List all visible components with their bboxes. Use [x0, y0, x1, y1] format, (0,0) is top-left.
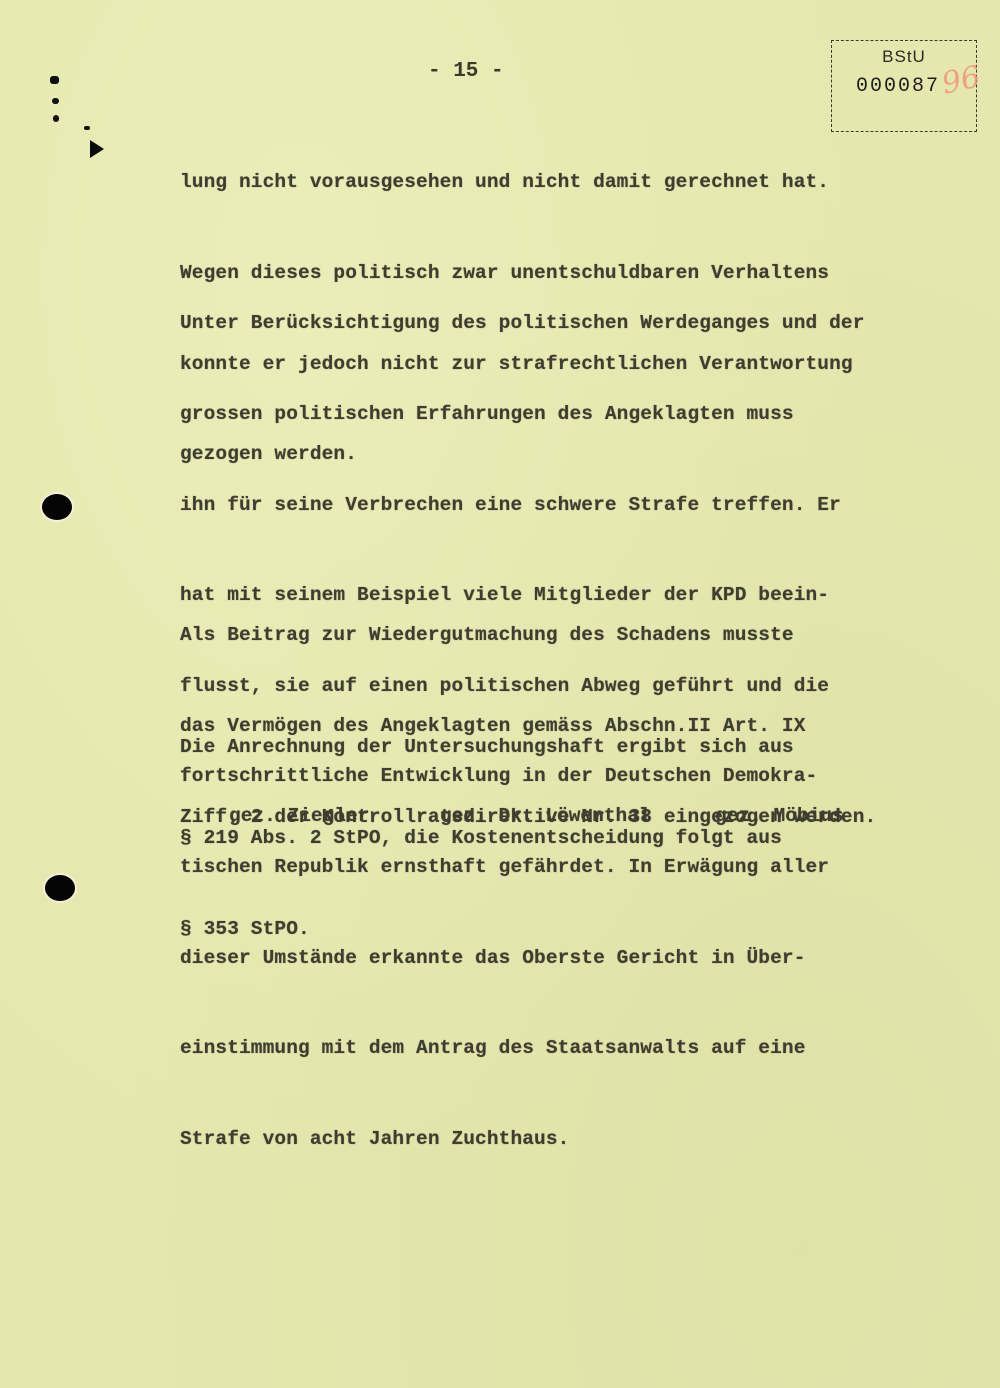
signature-ziegler: gez. Ziegler — [229, 805, 369, 827]
text-line: lung nicht vorausgesehen und nicht damit… — [180, 167, 853, 197]
paragraph-4: Die Anrechnung der Untersuchungshaft erg… — [180, 672, 794, 1004]
staple-mark — [50, 76, 59, 84]
punch-hole-bottom — [45, 875, 75, 901]
document-page: BStU 000087 96 - 15 - lung nicht vorausg… — [0, 0, 1000, 1388]
text-line: § 353 StPO. — [180, 914, 794, 944]
staple-mark — [84, 126, 90, 130]
handwritten-page-number: 96 — [939, 59, 984, 101]
text-line: Unter Berücksichtigung des politischen W… — [180, 308, 865, 338]
text-line: § 219 Abs. 2 StPO, die Kostenentscheidun… — [180, 823, 794, 853]
text-line: einstimmung mit dem Antrag des Staatsanw… — [180, 1033, 865, 1063]
arrow-mark — [90, 140, 104, 158]
signature-moebius: gez. Möbius — [715, 805, 844, 827]
text-line: Die Anrechnung der Untersuchungshaft erg… — [180, 732, 794, 762]
staple-mark — [53, 115, 59, 122]
punch-hole-top — [42, 494, 72, 520]
archive-stamp: BStU 000087 96 — [831, 40, 977, 132]
text-line: grossen politischen Erfahrungen des Ange… — [180, 399, 865, 429]
text-line: Strafe von acht Jahren Zuchthaus. — [180, 1124, 865, 1154]
text-line: Als Beitrag zur Wiedergutmachung des Sch… — [180, 620, 876, 650]
text-line: ihn für seine Verbrechen eine schwere St… — [180, 490, 865, 520]
staple-mark — [52, 98, 59, 104]
stamp-number: 000087 — [856, 75, 940, 98]
page-number: - 15 - — [428, 60, 504, 83]
signature-loewenthal: gez. Dr. Löwenthal — [440, 805, 651, 827]
